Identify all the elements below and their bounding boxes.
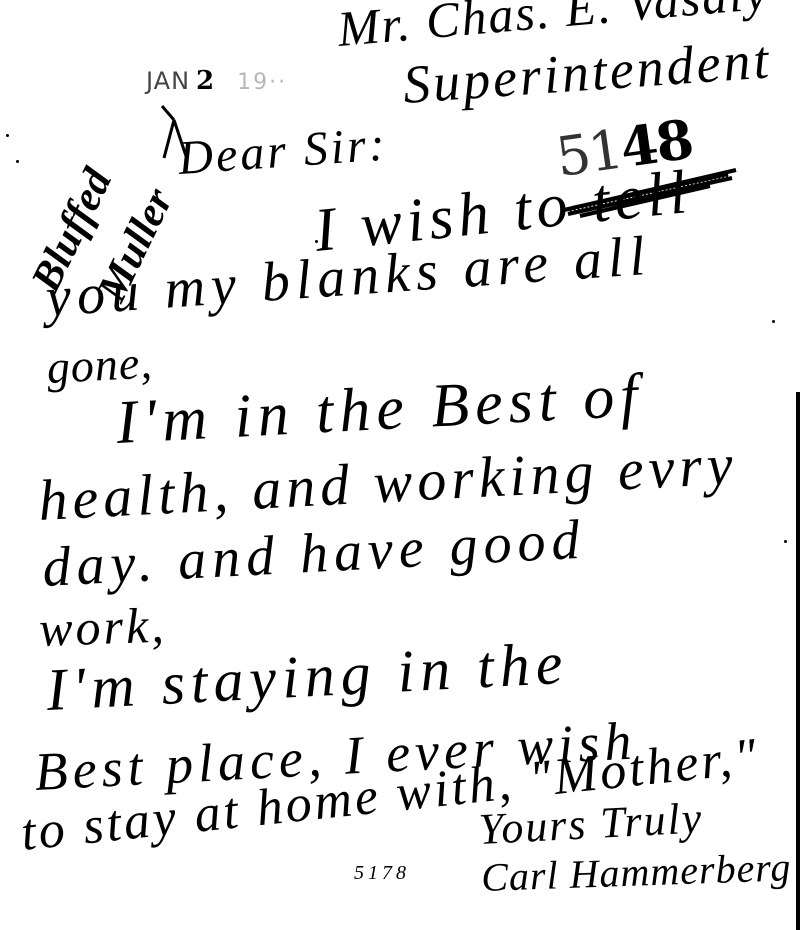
signature: Carl Hammerberg <box>481 847 792 898</box>
closing: Yours Truly <box>478 796 705 852</box>
scan-speck <box>16 160 19 163</box>
scan-speck <box>6 134 9 137</box>
salutation: Dear Sir: <box>177 120 389 183</box>
scan-speck <box>315 240 318 243</box>
letter-page: JAN219·· Mr. Chas. E. Vasaly Superintend… <box>0 0 800 930</box>
body-line: work, <box>38 600 167 654</box>
date-stamp: JAN219·· <box>146 66 287 96</box>
scan-speck <box>772 320 775 323</box>
scan-edge-border <box>796 392 800 930</box>
scan-speck <box>784 540 787 543</box>
stamp-year: 19·· <box>237 70 287 95</box>
stamp-day: 2 <box>196 66 215 96</box>
stamp-month: JAN <box>146 67 190 95</box>
signature-number: 5178 <box>354 862 410 885</box>
body-line: gone, <box>46 340 154 391</box>
